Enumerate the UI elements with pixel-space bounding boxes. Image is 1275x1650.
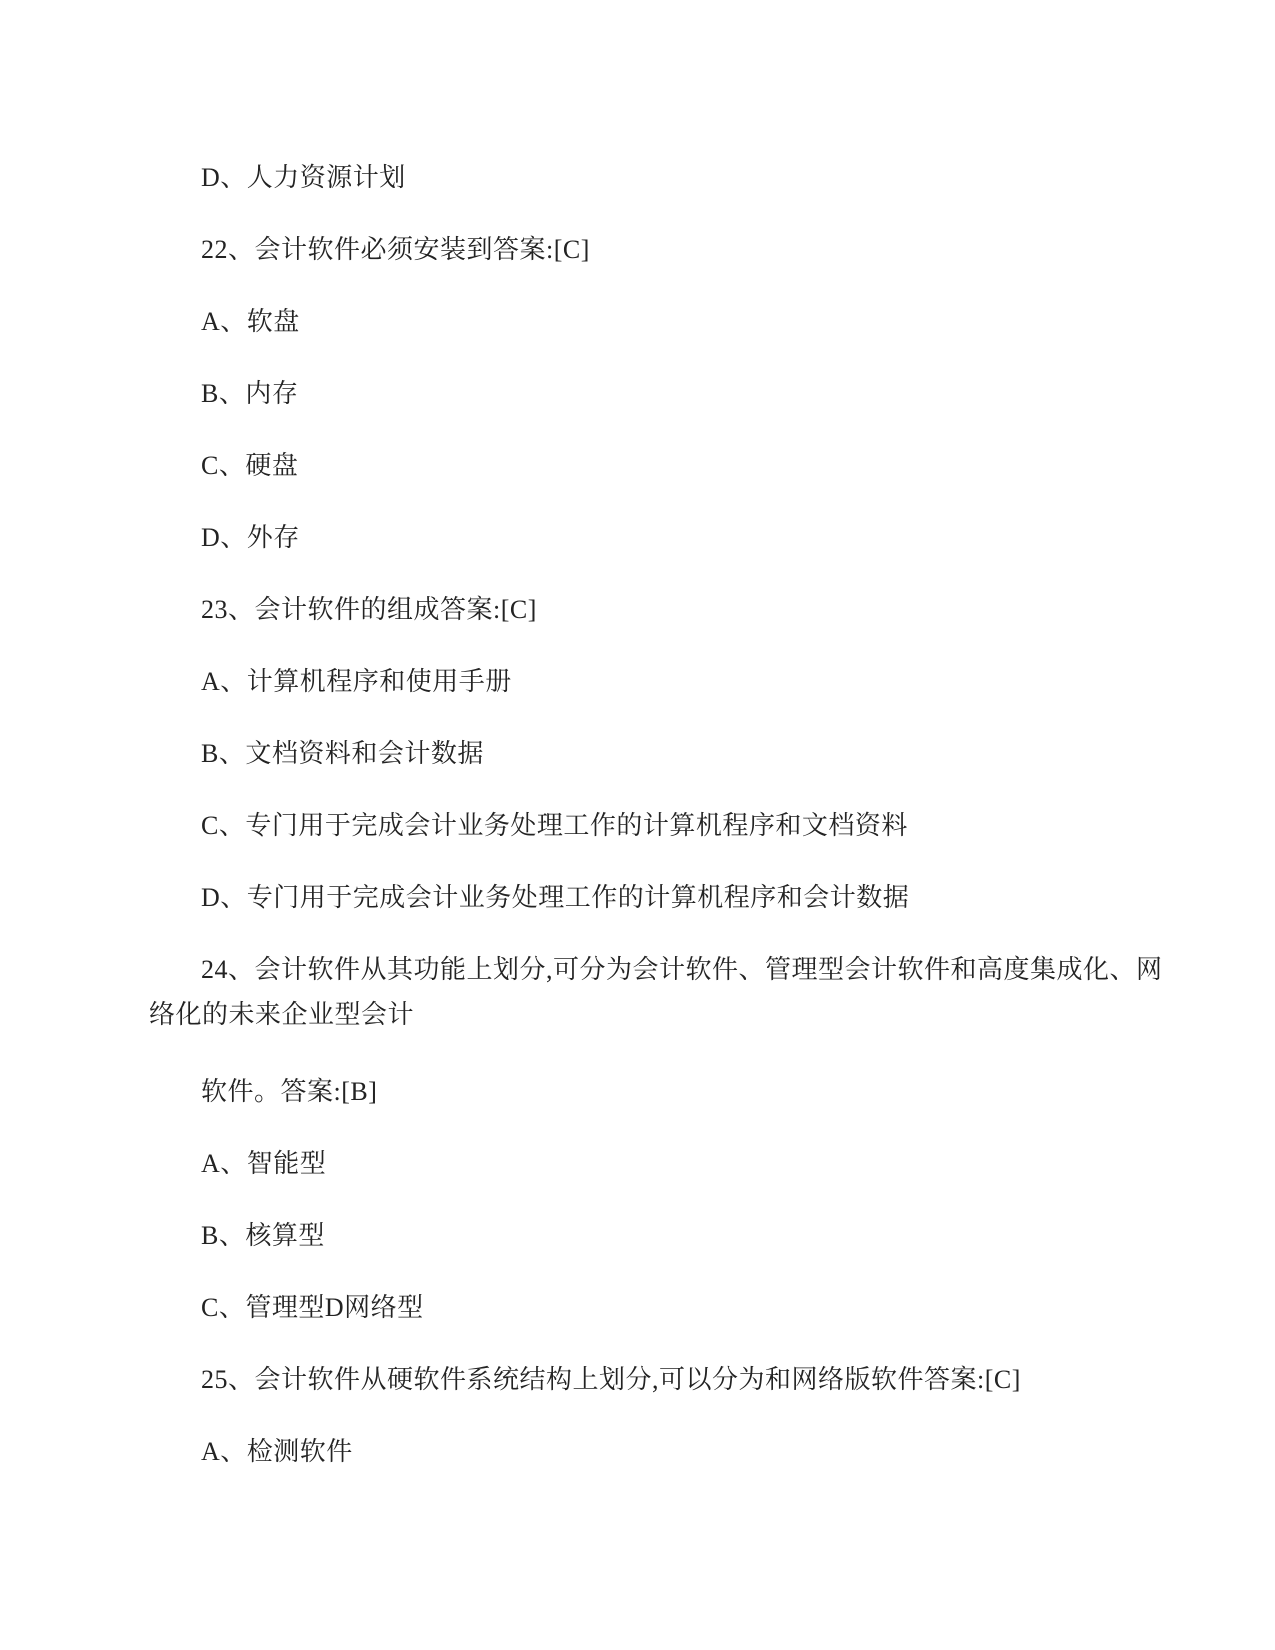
exam-document-page: D、人力资源计划 22、会计软件必须安装到答案:[C] A、软盘 B、内存 C、… (0, 0, 1275, 1650)
option-d-q22: D、外存 (149, 515, 1149, 560)
option-a-q25: A、检测软件 (149, 1429, 1149, 1474)
option-d-q21: D、人力资源计划 (149, 155, 1149, 200)
option-b-q22: B、内存 (149, 371, 1149, 416)
option-c-q24: C、管理型D网络型 (149, 1285, 1149, 1330)
option-c-q22: C、硬盘 (149, 443, 1149, 488)
option-a-q23: A、计算机程序和使用手册 (149, 659, 1149, 704)
question-25: 25、会计软件从硬软件系统结构上划分,可以分为和网络版软件答案:[C] (149, 1357, 1149, 1402)
question-24-answer: 软件。答案:[B] (149, 1069, 1149, 1114)
question-24-line-2: 络化的未来企业型会计 (149, 992, 1149, 1037)
question-24-line-1: 24、会计软件从其功能上划分,可分为会计软件、管理型会计软件和高度集成化、网 (149, 947, 1149, 992)
option-a-q24: A、智能型 (149, 1141, 1149, 1186)
question-23: 23、会计软件的组成答案:[C] (149, 587, 1149, 632)
option-b-q24: B、核算型 (149, 1213, 1149, 1258)
option-a-q22: A、软盘 (149, 299, 1149, 344)
option-b-q23: B、文档资料和会计数据 (149, 731, 1149, 776)
option-c-q23: C、专门用于完成会计业务处理工作的计算机程序和文档资料 (149, 803, 1149, 848)
question-22: 22、会计软件必须安装到答案:[C] (149, 227, 1149, 272)
option-d-q23: D、专门用于完成会计业务处理工作的计算机程序和会计数据 (149, 875, 1149, 920)
document-content: D、人力资源计划 22、会计软件必须安装到答案:[C] A、软盘 B、内存 C、… (149, 155, 1149, 1474)
